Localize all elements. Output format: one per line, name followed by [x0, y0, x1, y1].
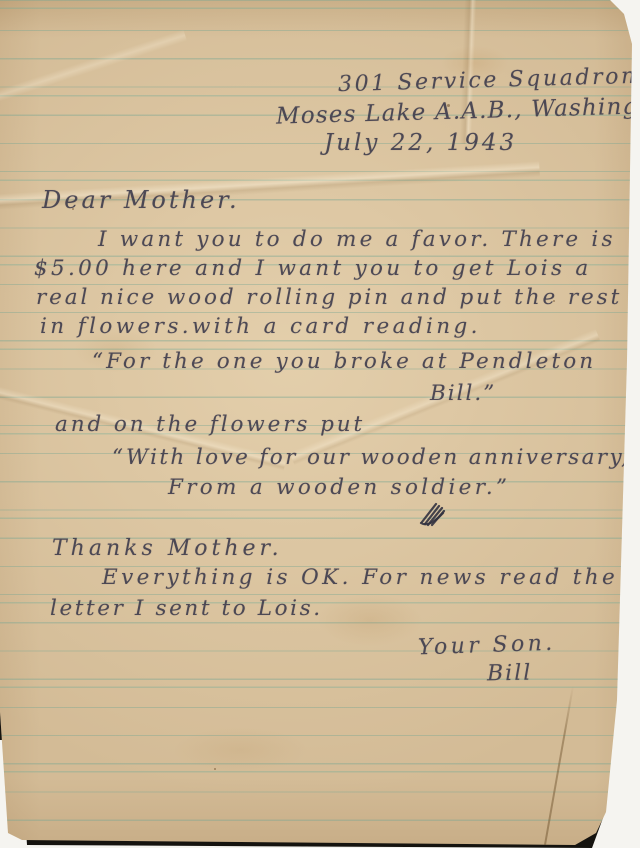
- body-line-5: and on the flowers put: [55, 412, 365, 437]
- valediction: Your Son.: [418, 631, 556, 661]
- letter-header-location: Moses Lake A.A.B., Washington: [276, 92, 640, 129]
- news-line-2: letter I sent to Lois.: [50, 596, 323, 621]
- scan-background: 301 Service Squadron Moses Lake A.A.B., …: [0, 0, 640, 848]
- letter-paper: 301 Service Squadron Moses Lake A.A.B., …: [0, 0, 640, 848]
- fold-crease: [544, 686, 574, 846]
- body-line-3: real nice wood rolling pin and put the r…: [36, 285, 622, 310]
- paper-crease: [0, 29, 187, 102]
- ink-scribble-mark: [419, 501, 449, 529]
- flowers-inscription-line-1: “With love for our wooden anniversary,: [112, 445, 630, 470]
- card-inscription: “For the one you broke at Pendleton: [92, 349, 596, 374]
- signature: Bill: [487, 661, 533, 687]
- news-line-1: Everything is OK. For news read the: [102, 565, 618, 590]
- body-line-4: in flowers.with a card reading.: [40, 314, 481, 339]
- letter-header-unit: 301 Service Squadron: [338, 64, 638, 97]
- body-line-2: $5.00 here and I want you to get Lois a: [34, 256, 592, 281]
- letter-date: July 22, 1943: [324, 130, 517, 156]
- thanks-line: Thanks Mother.: [52, 536, 283, 561]
- flowers-inscription-line-2: From a wooden soldier.”: [168, 475, 510, 500]
- card-inscription-signature: Bill.”: [430, 381, 496, 406]
- salutation: Dear Mother.: [42, 186, 240, 214]
- paper-stain: [150, 720, 330, 780]
- body-line-1: I want you to do me a favor. There is: [98, 227, 616, 252]
- paper-speck: [214, 768, 216, 770]
